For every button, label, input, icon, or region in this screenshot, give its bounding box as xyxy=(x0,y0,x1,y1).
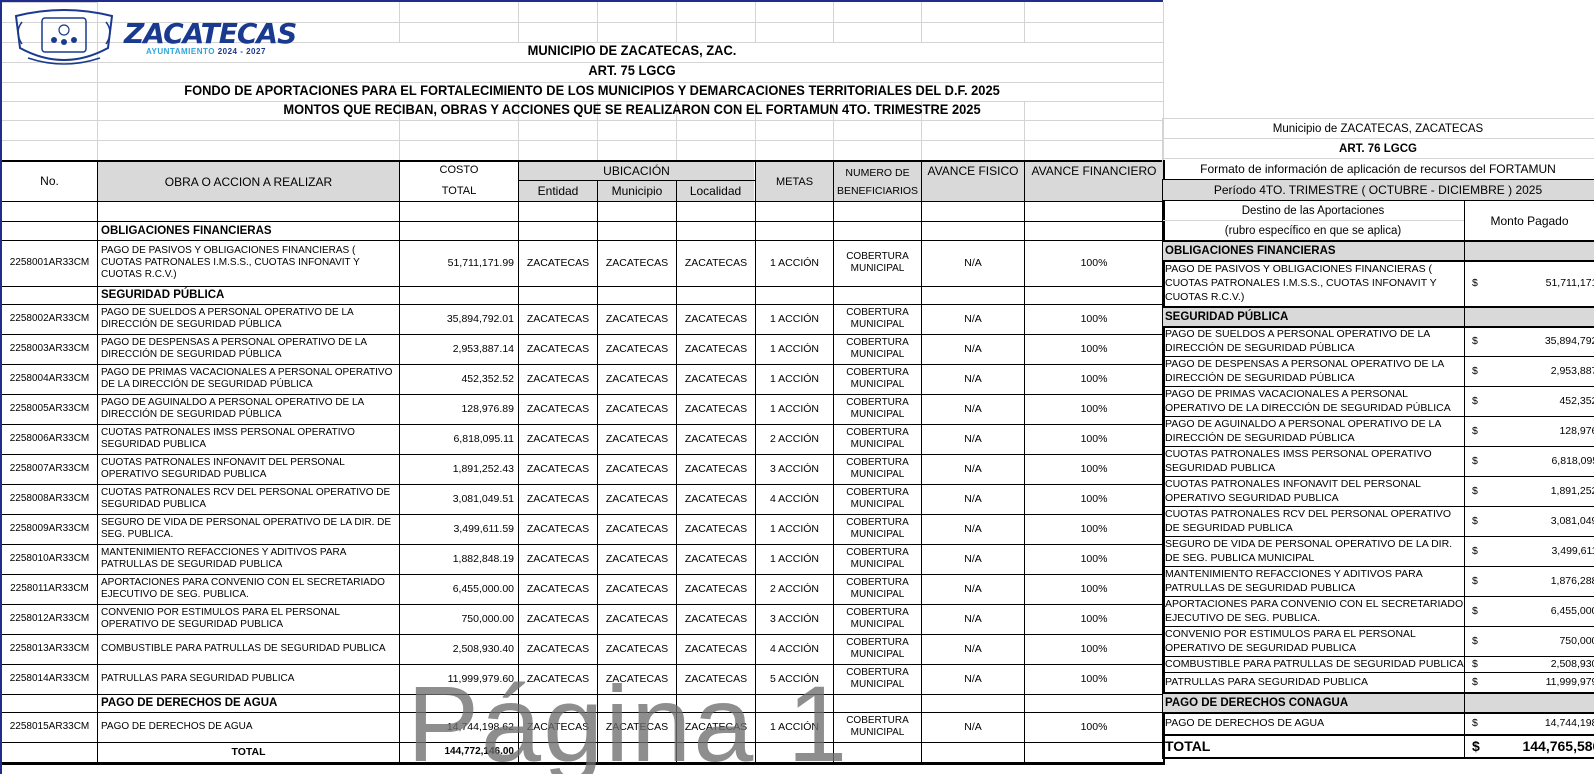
row-avance-fisico: N/A xyxy=(922,574,1024,604)
header-avance-financiero: AVANCE FINANCIERO xyxy=(1025,162,1163,201)
right-total-amount: 144,765,586.0 xyxy=(1492,735,1594,757)
right-section-heading: OBLIGACIONES FINANCIERAS xyxy=(1162,242,1464,260)
row-beneficiarios: COBERTURA MUNICIPAL xyxy=(834,334,921,364)
row-municipio: ZACATECAS xyxy=(598,424,676,454)
row-costo: 14,744,198.62 xyxy=(400,712,518,742)
header-beneficiarios-b: BENEFICIARIOS xyxy=(837,182,918,200)
row-entidad: ZACATECAS xyxy=(519,240,597,286)
row-beneficiarios: COBERTURA MUNICIPAL xyxy=(834,634,921,664)
row-costo: 1,882,848.19 xyxy=(400,544,518,574)
row-entidad: ZACATECAS xyxy=(519,544,597,574)
gridline xyxy=(1162,118,1163,180)
row-obra: COMBUSTIBLE PARA PATRULLAS DE SEGURIDAD … xyxy=(98,634,399,664)
row-municipio: ZACATECAS xyxy=(598,514,676,544)
gridline xyxy=(97,120,1163,121)
row-avance-fisico: N/A xyxy=(922,394,1024,424)
right-row-currency: $ xyxy=(1469,656,1489,672)
right-row-label: CUOTAS PATRONALES RCV DEL PERSONAL OPERA… xyxy=(1162,506,1464,536)
row-entidad: ZACATECAS xyxy=(519,634,597,664)
right-row-label: CUOTAS PATRONALES INFONAVIT DEL PERSONAL… xyxy=(1162,476,1464,506)
right-total-currency: $ xyxy=(1469,735,1489,757)
row-obra: SEGURO DE VIDA DE PERSONAL OPERATIVO DE … xyxy=(98,514,399,544)
gridline xyxy=(2,101,97,102)
right-row-amount: 11,999,979.60 xyxy=(1492,672,1594,692)
row-localidad: ZACATECAS xyxy=(677,364,755,394)
row-localidad: ZACATECAS xyxy=(677,712,755,742)
right-row-label: PAGO DE PASIVOS Y OBLIGACIONES FINANCIER… xyxy=(1162,260,1464,306)
row-number: 2258008AR33CM xyxy=(2,484,97,514)
right-period: Período 4TO. TRIMESTRE ( OCTUBRE - DICIE… xyxy=(1162,180,1594,200)
row-localidad: ZACATECAS xyxy=(677,424,755,454)
header-beneficiarios-a: NUMERO DE xyxy=(845,164,909,182)
row-municipio: ZACATECAS xyxy=(598,664,676,694)
right-header-monto: Monto Pagado xyxy=(1465,201,1594,240)
row-obra: PAGO DE PASIVOS Y OBLIGACIONES FINANCIER… xyxy=(98,240,399,286)
right-section-filler xyxy=(1465,694,1594,712)
row-costo: 2,508,930.40 xyxy=(400,634,518,664)
row-municipio: ZACATECAS xyxy=(598,634,676,664)
row-number: 2258007AR33CM xyxy=(2,454,97,484)
row-costo: 35,894,792.01 xyxy=(400,304,518,334)
right-row-label: PATRULLAS PARA SEGURIDAD PUBLICA xyxy=(1162,672,1464,692)
right-row-amount: 1,891,252.43 xyxy=(1492,476,1594,506)
right-row-label: PAGO DE SUELDOS A PERSONAL OPERATIVO DE … xyxy=(1162,326,1464,356)
row-beneficiarios: COBERTURA MUNICIPAL xyxy=(834,240,921,286)
row-avance-fisico: N/A xyxy=(922,454,1024,484)
row-beneficiarios: COBERTURA MUNICIPAL xyxy=(834,574,921,604)
row-obra: PAGO DE DERECHOS DE AGUA xyxy=(98,712,399,742)
row-metas: 1 ACCIÓN xyxy=(756,240,833,286)
row-obra: PAGO DE SUELDOS A PERSONAL OPERATIVO DE … xyxy=(98,304,399,334)
row-entidad: ZACATECAS xyxy=(519,664,597,694)
row-avance-financiero: 100% xyxy=(1025,604,1163,634)
table-border xyxy=(755,160,756,762)
right-row-amount: 35,894,792.01 xyxy=(1492,326,1594,356)
row-number: 2258004AR33CM xyxy=(2,364,97,394)
row-obra: MANTENIMIENTO REFACCIONES Y ADITIVOS PAR… xyxy=(98,544,399,574)
row-number: 2258009AR33CM xyxy=(2,514,97,544)
header-obra: OBRA O ACCION A REALIZAR xyxy=(98,162,399,201)
table-border xyxy=(1024,160,1025,762)
row-obra: CONVENIO POR ESTIMULOS PARA EL PERSONAL … xyxy=(98,604,399,634)
right-row-amount: 2,953,887.14 xyxy=(1492,356,1594,386)
row-avance-fisico: N/A xyxy=(922,634,1024,664)
row-number: 2258012AR33CM xyxy=(2,604,97,634)
row-metas: 1 ACCIÓN xyxy=(756,364,833,394)
table-border xyxy=(518,160,519,762)
right-row-currency: $ xyxy=(1469,260,1489,306)
right-row-amount: 452,352.52 xyxy=(1492,386,1594,416)
header-costo: COSTO xyxy=(400,160,518,180)
right-row-amount: 3,081,049.51 xyxy=(1492,506,1594,536)
right-row-amount: 14,744,198.62 xyxy=(1492,712,1594,734)
row-avance-financiero: 100% xyxy=(1025,240,1163,286)
row-municipio: ZACATECAS xyxy=(598,304,676,334)
row-entidad: ZACATECAS xyxy=(519,514,597,544)
row-costo: 51,711,171.99 xyxy=(400,240,518,286)
row-localidad: ZACATECAS xyxy=(677,304,755,334)
brand-wordmark: ZACATECAS AYUNTAMIENTO 2024 - 2027 xyxy=(124,20,296,56)
row-metas: 1 ACCIÓN xyxy=(756,712,833,742)
row-costo: 1,891,252.43 xyxy=(400,454,518,484)
gridline xyxy=(399,2,400,42)
right-row-currency: $ xyxy=(1469,446,1489,476)
gridline xyxy=(2,140,97,141)
right-row-label: COMBUSTIBLE PARA PATRULLAS DE SEGURIDAD … xyxy=(1162,656,1464,672)
row-municipio: ZACATECAS xyxy=(598,334,676,364)
table-border xyxy=(399,160,400,762)
row-avance-financiero: 100% xyxy=(1025,664,1163,694)
header-no: No. xyxy=(2,160,97,201)
row-avance-financiero: 100% xyxy=(1025,454,1163,484)
row-localidad: ZACATECAS xyxy=(677,634,755,664)
row-costo: 2,953,887.14 xyxy=(400,334,518,364)
row-metas: 2 ACCIÓN xyxy=(756,424,833,454)
table-border xyxy=(921,160,922,762)
right-row-label: PAGO DE AGUINALDO A PERSONAL OPERATIVO D… xyxy=(1162,416,1464,446)
row-number: 2258006AR33CM xyxy=(2,424,97,454)
title-fondo: FONDO DE APORTACIONES PARA EL FORTALECIM… xyxy=(104,82,1079,100)
right-row-label: CONVENIO POR ESTIMULOS PARA EL PERSONAL … xyxy=(1162,626,1464,656)
fortamun-art76-sheet: Municipio de ZACATECAS, ZACATECASART. 76… xyxy=(1162,0,1594,774)
row-number: 2258015AR33CM xyxy=(2,712,97,742)
row-costo: 750,000.00 xyxy=(400,604,518,634)
header-avance-fisico: AVANCE FISICO xyxy=(922,162,1024,201)
row-avance-fisico: N/A xyxy=(922,712,1024,742)
row-municipio: ZACATECAS xyxy=(598,454,676,484)
right-title-article: ART. 76 LGCG xyxy=(1162,139,1594,158)
row-avance-fisico: N/A xyxy=(922,334,1024,364)
header-beneficiarios: NUMERO DEBENEFICIARIOS xyxy=(834,162,921,201)
row-entidad: ZACATECAS xyxy=(519,484,597,514)
row-number: 2258003AR33CM xyxy=(2,334,97,364)
row-avance-financiero: 100% xyxy=(1025,364,1163,394)
right-section-filler xyxy=(1465,308,1594,326)
row-metas: 2 ACCIÓN xyxy=(756,574,833,604)
row-avance-fisico: N/A xyxy=(922,240,1024,286)
right-row-currency: $ xyxy=(1469,416,1489,446)
row-costo: 128,976.89 xyxy=(400,394,518,424)
row-beneficiarios: COBERTURA MUNICIPAL xyxy=(834,364,921,394)
row-avance-financiero: 100% xyxy=(1025,424,1163,454)
table-border xyxy=(97,160,98,762)
right-row-currency: $ xyxy=(1469,506,1489,536)
gridline xyxy=(676,2,677,42)
row-metas: 1 ACCIÓN xyxy=(756,334,833,364)
row-beneficiarios: COBERTURA MUNICIPAL xyxy=(834,304,921,334)
right-row-amount: 1,876,288.21 xyxy=(1492,566,1594,596)
row-entidad: ZACATECAS xyxy=(519,604,597,634)
row-avance-fisico: N/A xyxy=(922,664,1024,694)
header-total: TOTAL xyxy=(400,180,518,201)
right-total-label: TOTAL xyxy=(1162,735,1464,757)
row-avance-financiero: 100% xyxy=(1025,544,1163,574)
gridline xyxy=(1024,2,1025,42)
gridline xyxy=(97,140,1163,141)
row-entidad: ZACATECAS xyxy=(519,424,597,454)
row-beneficiarios: COBERTURA MUNICIPAL xyxy=(834,544,921,574)
right-row-amount: 2,508,930.40 xyxy=(1492,656,1594,672)
fortamun-art75-sheet: ZACATECAS AYUNTAMIENTO 2024 - 2027 MUNIC… xyxy=(0,0,1163,774)
table-border xyxy=(1162,757,1594,759)
row-beneficiarios: COBERTURA MUNICIPAL xyxy=(834,604,921,634)
row-beneficiarios: COBERTURA MUNICIPAL xyxy=(834,394,921,424)
row-avance-financiero: 100% xyxy=(1025,634,1163,664)
row-entidad: ZACATECAS xyxy=(519,394,597,424)
row-beneficiarios: COBERTURA MUNICIPAL xyxy=(834,454,921,484)
gridline xyxy=(833,2,834,42)
row-municipio: ZACATECAS xyxy=(598,574,676,604)
row-costo: 6,455,000.00 xyxy=(400,574,518,604)
right-row-currency: $ xyxy=(1469,672,1489,692)
row-obra: PATRULLAS PARA SEGURIDAD PUBLICA xyxy=(98,664,399,694)
row-municipio: ZACATECAS xyxy=(598,364,676,394)
header-ubicacion: UBICACIÓN xyxy=(519,162,754,180)
gridline xyxy=(2,2,97,3)
right-section-heading: PAGO DE DERECHOS CONAGUA xyxy=(1162,694,1464,712)
right-row-currency: $ xyxy=(1469,476,1489,506)
row-beneficiarios: COBERTURA MUNICIPAL xyxy=(834,484,921,514)
row-entidad: ZACATECAS xyxy=(519,454,597,484)
table-border xyxy=(676,180,677,762)
right-row-amount: 51,711,171.99 xyxy=(1492,260,1594,306)
right-row-amount: 750,000.00 xyxy=(1492,626,1594,656)
row-metas: 1 ACCIÓN xyxy=(756,394,833,424)
row-localidad: ZACATECAS xyxy=(677,484,755,514)
total-label: TOTAL xyxy=(98,742,399,762)
row-municipio: ZACATECAS xyxy=(598,240,676,286)
row-metas: 1 ACCIÓN xyxy=(756,544,833,574)
row-localidad: ZACATECAS xyxy=(677,334,755,364)
right-row-currency: $ xyxy=(1469,326,1489,356)
row-localidad: ZACATECAS xyxy=(677,454,755,484)
row-entidad: ZACATECAS xyxy=(519,712,597,742)
right-row-amount: 6,818,095.11 xyxy=(1492,446,1594,476)
row-costo: 452,352.52 xyxy=(400,364,518,394)
header-municipio: Municipio xyxy=(598,181,676,201)
row-beneficiarios: COBERTURA MUNICIPAL xyxy=(834,712,921,742)
table-border xyxy=(1162,179,1163,759)
right-row-currency: $ xyxy=(1469,536,1489,566)
row-municipio: ZACATECAS xyxy=(598,484,676,514)
total-costo: 144,772,146.00 xyxy=(400,742,518,762)
row-obra: PAGO DE PRIMAS VACACIONALES A PERSONAL O… xyxy=(98,364,399,394)
right-row-currency: $ xyxy=(1469,596,1489,626)
table-border xyxy=(597,180,598,762)
section-heading: PAGO DE DERECHOS DE AGUA xyxy=(98,694,399,712)
right-row-amount: 6,455,000.00 xyxy=(1492,596,1594,626)
gridline xyxy=(518,2,519,42)
row-avance-fisico: N/A xyxy=(922,484,1024,514)
row-obra: CUOTAS PATRONALES INFONAVIT DEL PERSONAL… xyxy=(98,454,399,484)
table-border xyxy=(2,201,1163,202)
gridline xyxy=(2,120,97,121)
row-avance-financiero: 100% xyxy=(1025,712,1163,742)
row-beneficiarios: COBERTURA MUNICIPAL xyxy=(834,514,921,544)
gridline xyxy=(597,2,598,42)
right-header-destino: Destino de las Aportaciones xyxy=(1162,201,1464,220)
row-number: 2258013AR33CM xyxy=(2,634,97,664)
row-obra: APORTACIONES PARA CONVENIO CON EL SECRET… xyxy=(98,574,399,604)
row-number: 2258002AR33CM xyxy=(2,304,97,334)
row-municipio: ZACATECAS xyxy=(598,544,676,574)
row-metas: 1 ACCIÓN xyxy=(756,514,833,544)
row-localidad: ZACATECAS xyxy=(677,664,755,694)
row-avance-fisico: N/A xyxy=(922,304,1024,334)
table-border xyxy=(1464,200,1465,757)
row-obra: CUOTAS PATRONALES RCV DEL PERSONAL OPERA… xyxy=(98,484,399,514)
right-row-label: PAGO DE DESPENSAS A PERSONAL OPERATIVO D… xyxy=(1162,356,1464,386)
header-entidad: Entidad xyxy=(519,181,597,201)
row-number: 2258001AR33CM xyxy=(2,240,97,286)
right-row-currency: $ xyxy=(1469,356,1489,386)
row-entidad: ZACATECAS xyxy=(519,304,597,334)
row-costo: 3,081,049.51 xyxy=(400,484,518,514)
row-avance-fisico: N/A xyxy=(922,364,1024,394)
table-border xyxy=(833,160,834,762)
row-metas: 5 ACCIÓN xyxy=(756,664,833,694)
row-beneficiarios: COBERTURA MUNICIPAL xyxy=(834,424,921,454)
table-border xyxy=(518,180,755,181)
row-avance-financiero: 100% xyxy=(1025,514,1163,544)
municipal-coat-of-arms-icon xyxy=(8,8,120,70)
row-obra: PAGO DE AGUINALDO A PERSONAL OPERATIVO D… xyxy=(98,394,399,424)
row-metas: 3 ACCIÓN xyxy=(756,604,833,634)
row-metas: 3 ACCIÓN xyxy=(756,454,833,484)
row-localidad: ZACATECAS xyxy=(677,604,755,634)
row-beneficiarios: COBERTURA MUNICIPAL xyxy=(834,664,921,694)
right-row-label: SEGURO DE VIDA DE PERSONAL OPERATIVO DE … xyxy=(1162,536,1464,566)
row-municipio: ZACATECAS xyxy=(598,394,676,424)
header-localidad: Localidad xyxy=(677,181,754,201)
row-avance-financiero: 100% xyxy=(1025,304,1163,334)
row-municipio: ZACATECAS xyxy=(598,712,676,742)
gridline xyxy=(921,2,922,42)
row-number: 2258010AR33CM xyxy=(2,544,97,574)
right-row-label: CUOTAS PATRONALES IMSS PERSONAL OPERATIV… xyxy=(1162,446,1464,476)
row-entidad: ZACATECAS xyxy=(519,334,597,364)
right-header-rubro: (rubro específico en que se aplica) xyxy=(1162,221,1464,240)
row-localidad: ZACATECAS xyxy=(677,394,755,424)
row-number: 2258011AR33CM xyxy=(2,574,97,604)
row-entidad: ZACATECAS xyxy=(519,574,597,604)
right-row-label: MANTENIMIENTO REFACCIONES Y ADITIVOS PAR… xyxy=(1162,566,1464,596)
row-avance-financiero: 100% xyxy=(1025,484,1163,514)
title-municipio: MUNICIPIO DE ZACATECAS, ZAC. xyxy=(448,42,816,60)
row-number: 2258014AR33CM xyxy=(2,664,97,694)
row-costo: 11,999,979.60 xyxy=(400,664,518,694)
row-avance-financiero: 100% xyxy=(1025,334,1163,364)
row-avance-financiero: 100% xyxy=(1025,394,1163,424)
row-localidad: ZACATECAS xyxy=(677,514,755,544)
row-municipio: ZACATECAS xyxy=(598,604,676,634)
section-heading: OBLIGACIONES FINANCIERAS xyxy=(98,221,399,240)
row-metas: 1 ACCIÓN xyxy=(756,304,833,334)
title-montos: MONTOS QUE RECIBAN, OBRAS Y ACCIONES QUE… xyxy=(172,101,1092,119)
row-localidad: ZACATECAS xyxy=(677,240,755,286)
row-avance-fisico: N/A xyxy=(922,604,1024,634)
header-metas: METAS xyxy=(756,162,833,201)
row-metas: 4 ACCIÓN xyxy=(756,484,833,514)
right-row-amount: 128,976.89 xyxy=(1492,416,1594,446)
right-row-label: PAGO DE PRIMAS VACACIONALES A PERSONAL O… xyxy=(1162,386,1464,416)
row-avance-fisico: N/A xyxy=(922,544,1024,574)
gridline xyxy=(755,2,756,42)
row-costo: 3,499,611.59 xyxy=(400,514,518,544)
row-avance-fisico: N/A xyxy=(922,424,1024,454)
right-row-currency: $ xyxy=(1469,626,1489,656)
brand-name: ZACATECAS xyxy=(124,20,296,48)
row-avance-fisico: N/A xyxy=(922,514,1024,544)
section-heading: SEGURIDAD PÚBLICA xyxy=(98,286,399,304)
right-row-currency: $ xyxy=(1469,712,1489,734)
right-row-label: PAGO DE DERECHOS DE AGUA xyxy=(1162,712,1464,734)
row-localidad: ZACATECAS xyxy=(677,574,755,604)
right-row-label: APORTACIONES PARA CONVENIO CON EL SECRET… xyxy=(1162,596,1464,626)
gridline xyxy=(97,101,98,160)
table-border xyxy=(2,762,1163,765)
row-localidad: ZACATECAS xyxy=(677,544,755,574)
row-number: 2258005AR33CM xyxy=(2,394,97,424)
row-metas: 4 ACCIÓN xyxy=(756,634,833,664)
gridline xyxy=(2,82,97,83)
row-costo: 6,818,095.11 xyxy=(400,424,518,454)
right-row-currency: $ xyxy=(1469,386,1489,416)
row-obra: CUOTAS PATRONALES IMSS PERSONAL OPERATIV… xyxy=(98,424,399,454)
row-entidad: ZACATECAS xyxy=(519,364,597,394)
right-section-filler xyxy=(1465,242,1594,260)
right-section-heading: SEGURIDAD PÚBLICA xyxy=(1162,308,1464,326)
row-avance-financiero: 100% xyxy=(1025,574,1163,604)
row-obra: PAGO DE DESPENSAS A PERSONAL OPERATIVO D… xyxy=(98,334,399,364)
right-title-municipio: Municipio de ZACATECAS, ZACATECAS xyxy=(1162,119,1594,138)
right-title-formato: Formato de información de aplicación de … xyxy=(1162,159,1594,179)
right-row-currency: $ xyxy=(1469,566,1489,596)
right-row-amount: 3,499,611.59 xyxy=(1492,536,1594,566)
title-article: ART. 75 LGCG xyxy=(448,62,816,80)
